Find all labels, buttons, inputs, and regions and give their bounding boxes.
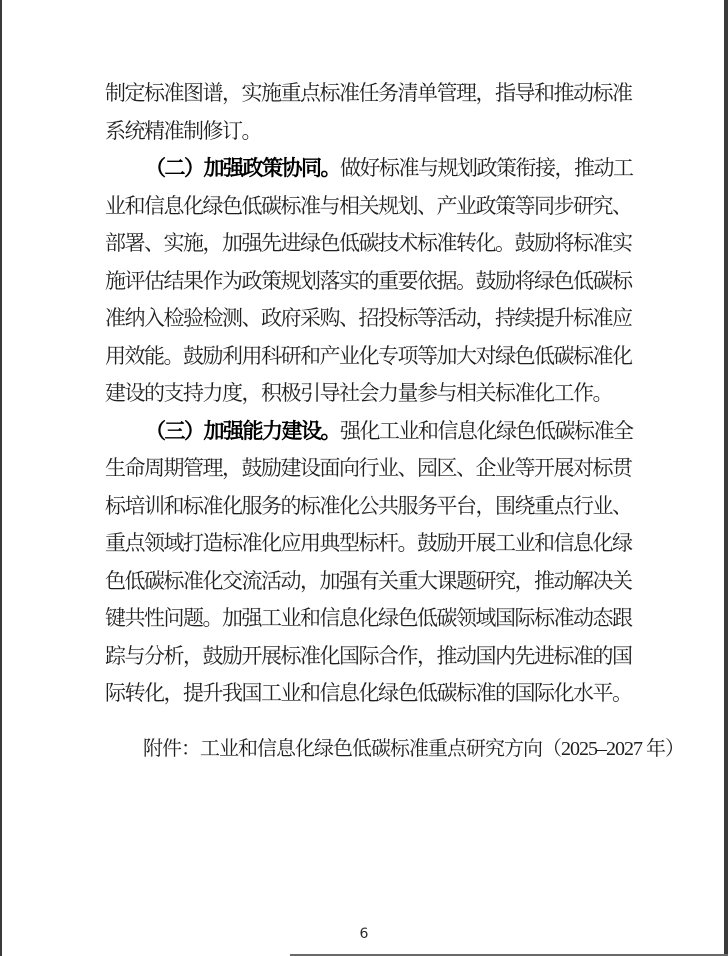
body-line: 系统精准制修订。 xyxy=(105,113,627,151)
body-line-text: 做好标准与规划政策衔接，推动工 xyxy=(340,156,633,180)
body-line: 部署、实施，加强先进绿色低碳技术标准转化。鼓励将标准实 xyxy=(105,225,627,263)
body-line: 生命周期管理，鼓励建设面向行业、园区、企业等开展对标贯 xyxy=(105,450,627,488)
body-line: 际转化，提升我国工业和信息化绿色低碳标准的国际化水平。 xyxy=(105,675,627,713)
scan-edge-left xyxy=(0,0,2,956)
section-heading-bold: （二）加强政策协同。 xyxy=(145,156,340,180)
body-line: 准纳入检验检测、政府采购、招投标等活动，持续提升标准应 xyxy=(105,300,627,338)
body-line: 施评估结果作为政策规划落实的重要依据。鼓励将绿色低碳标 xyxy=(105,263,627,301)
body-line: 色低碳标准化交流活动，加强有关重大课题研究，推动解决关 xyxy=(105,563,627,601)
body-line: 制定标准图谱，实施重点标准任务清单管理，指导和推动标准 xyxy=(105,75,627,113)
section-heading-bold: （三）加强能力建设。 xyxy=(145,419,340,443)
section-heading-line-3: （三）加强能力建设。强化工业和信息化绿色低碳标准全 xyxy=(105,413,627,451)
scan-edge-right xyxy=(724,0,728,956)
page-number: 6 xyxy=(0,925,728,943)
body-line: 业和信息化绿色低碳标准与相关规划、产业政策等同步研究、 xyxy=(105,188,627,226)
body-line: 重点领域打造标准化应用典型标杆。鼓励开展工业和信息化绿 xyxy=(105,525,627,563)
document-body-text: 制定标准图谱，实施重点标准任务清单管理，指导和推动标准 系统精准制修订。 （二）… xyxy=(105,75,627,713)
section-heading-line-2: （二）加强政策协同。做好标准与规划政策衔接，推动工 xyxy=(105,150,627,188)
attachment-reference-line: 附件：工业和信息化绿色低碳标准重点研究方向（2025–2027 年） xyxy=(105,731,665,769)
body-line: 用效能。鼓励利用科研和产业化专项等加大对绿色低碳标准化 xyxy=(105,338,627,376)
body-line: 建设的支持力度，积极引导社会力量参与相关标准化工作。 xyxy=(105,375,627,413)
body-line-text: 强化工业和信息化绿色低碳标准全 xyxy=(340,419,633,443)
body-line: 踪与分析，鼓励开展标准化国际合作，推动国内先进标准的国 xyxy=(105,638,627,676)
body-line: 键共性问题。加强工业和信息化绿色低碳领域国际标准动态跟 xyxy=(105,600,627,638)
body-line: 标培训和标准化服务的标准化公共服务平台，围绕重点行业、 xyxy=(105,488,627,526)
scanned-document-page: 制定标准图谱，实施重点标准任务清单管理，指导和推动标准 系统精准制修订。 （二）… xyxy=(0,0,728,956)
